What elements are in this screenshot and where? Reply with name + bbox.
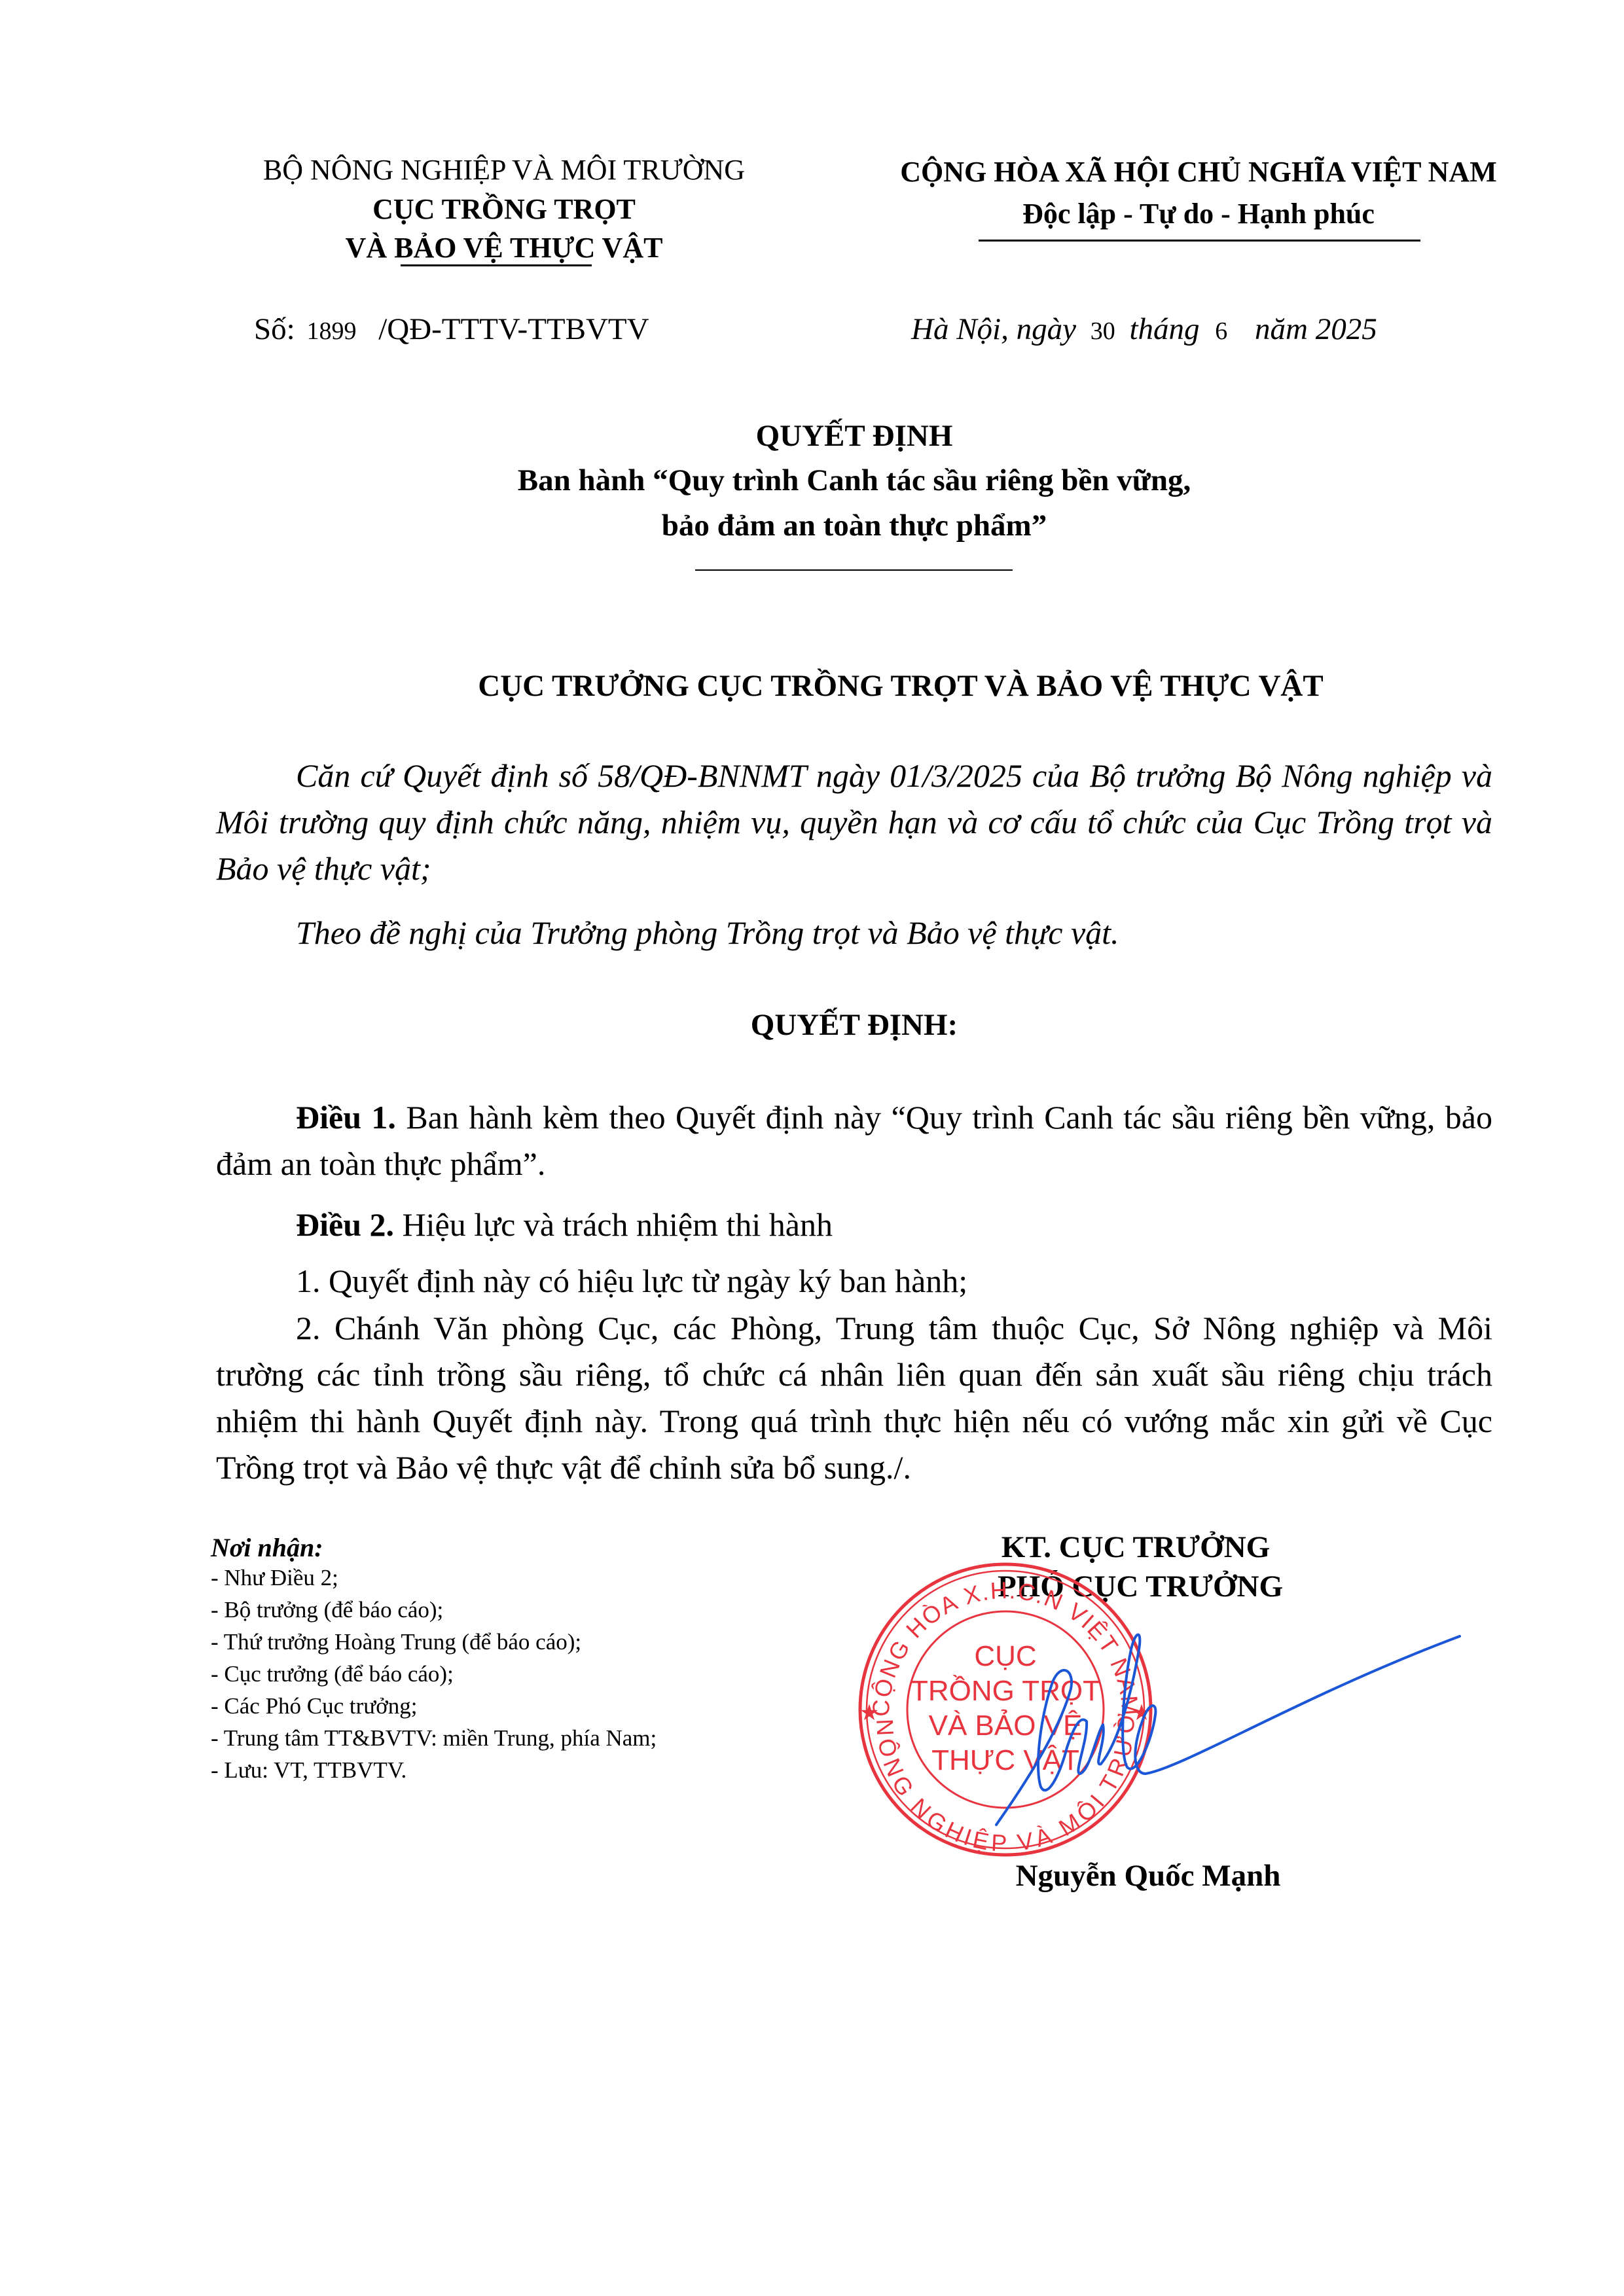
article-2-item-2-text: 2. Chánh Văn phòng Cục, các Phòng, Trung… (216, 1310, 1492, 1486)
recipient-item: - Trung tâm TT&BVTV: miền Trung, phía Na… (211, 1724, 657, 1753)
recipient-item: - Các Phó Cục trưởng; (211, 1692, 418, 1721)
official-seal-icon: CỘNG HÒA X.H.C.N VIỆT NAM BỘ NÔNG NGHIỆP… (848, 1551, 1163, 1865)
article-1-text: Ban hành kèm theo Quyết định này “Quy tr… (216, 1099, 1492, 1182)
date-day: 30 (1091, 317, 1115, 345)
seal-center-line: THỰC VẬT (931, 1744, 1079, 1776)
issuing-authority: CỤC TRƯỞNG CỤC TRỒNG TRỌT VÀ BẢO VỆ THỰC… (478, 668, 1323, 704)
seal-center-line: TRỒNG TRỌT (911, 1674, 1100, 1707)
date-month-label: tháng (1129, 312, 1199, 346)
date-prefix: Hà Nội, ngày (911, 312, 1076, 346)
seal-star-right-icon: ★ (1132, 1700, 1151, 1725)
number-suffix: /QĐ-TTTV-TTBVTV (378, 312, 649, 346)
national-title: CỘNG HÒA XÃ HỘI CHỦ NGHĨA VIỆT NAM (900, 154, 1496, 190)
signer-name: Nguyễn Quốc Mạnh (1016, 1857, 1281, 1894)
article-2-text: Hiệu lực và trách nhiệm thi hành (403, 1206, 833, 1243)
article-2: Điều 2. Hiệu lực và trách nhiệm thi hành (216, 1202, 1492, 1248)
article-1: Điều 1. Ban hành kèm theo Quyết định này… (216, 1094, 1492, 1187)
recipient-item: - Thứ trưởng Hoàng Trung (để báo cáo); (211, 1628, 581, 1657)
decision-heading: QUYẾT ĐỊNH: (751, 1007, 958, 1043)
title-divider (695, 569, 1013, 571)
document-subject-line1: Ban hành “Quy trình Canh tác sầu riêng b… (518, 462, 1191, 499)
recipient-item: - Lưu: VT, TTBVTV. (211, 1756, 406, 1785)
article-1-label: Điều 1. (296, 1099, 396, 1136)
document-subject-line2: bảo đảm an toàn thực phẩm” (662, 507, 1047, 544)
article-2-item-1: 1. Quyết định này có hiệu lực từ ngày ký… (216, 1258, 1492, 1304)
motto-underline (979, 240, 1420, 242)
seal-center-line: CỤC (974, 1640, 1036, 1672)
department-name-line1: CỤC TRỒNG TRỌT (372, 192, 636, 227)
national-motto: Độc lập - Tự do - Hạnh phúc (1022, 196, 1375, 232)
recipient-item: - Như Điều 2; (211, 1564, 338, 1592)
preamble-proposal-text: Theo đề nghị của Trưởng phòng Trồng trọt… (296, 914, 1119, 951)
preamble-proposal: Theo đề nghị của Trưởng phòng Trồng trọt… (216, 910, 1492, 956)
preamble-basis-text: Căn cứ Quyết định số 58/QĐ-BNNMT ngày 01… (216, 757, 1492, 887)
recipient-item: - Cục trưởng (để báo cáo); (211, 1660, 454, 1689)
place-date: Hà Nội, ngày 30 tháng 6 năm 2025 (911, 311, 1377, 350)
department-name-line2: VÀ BẢO VỆ THỰC VẬT (346, 230, 663, 266)
article-2-item-2: 2. Chánh Văn phòng Cục, các Phòng, Trung… (216, 1305, 1492, 1491)
recipient-item: - Bộ trưởng (để báo cáo); (211, 1596, 443, 1624)
preamble-basis: Căn cứ Quyết định số 58/QĐ-BNNMT ngày 01… (216, 753, 1492, 892)
date-year: năm 2025 (1255, 312, 1377, 346)
ministry-name: BỘ NÔNG NGHIỆP VÀ MÔI TRƯỜNG (263, 152, 745, 188)
seal-center-line: VÀ BẢO VỆ (929, 1709, 1083, 1742)
date-month: 6 (1215, 317, 1227, 345)
number-label: Số: (254, 312, 295, 346)
recipients-title: Nơi nhận: (211, 1532, 323, 1564)
article-2-item-1-text: 1. Quyết định này có hiệu lực từ ngày ký… (296, 1263, 967, 1299)
document-number: Số: 1899 /QĐ-TTTV-TTBVTV (254, 311, 649, 350)
number-value: 1899 (306, 317, 356, 345)
document-type: QUYẾT ĐỊNH (756, 418, 953, 454)
article-2-label: Điều 2. (296, 1206, 394, 1243)
header-left-underline (401, 264, 592, 266)
seal-star-left-icon: ★ (859, 1700, 879, 1725)
